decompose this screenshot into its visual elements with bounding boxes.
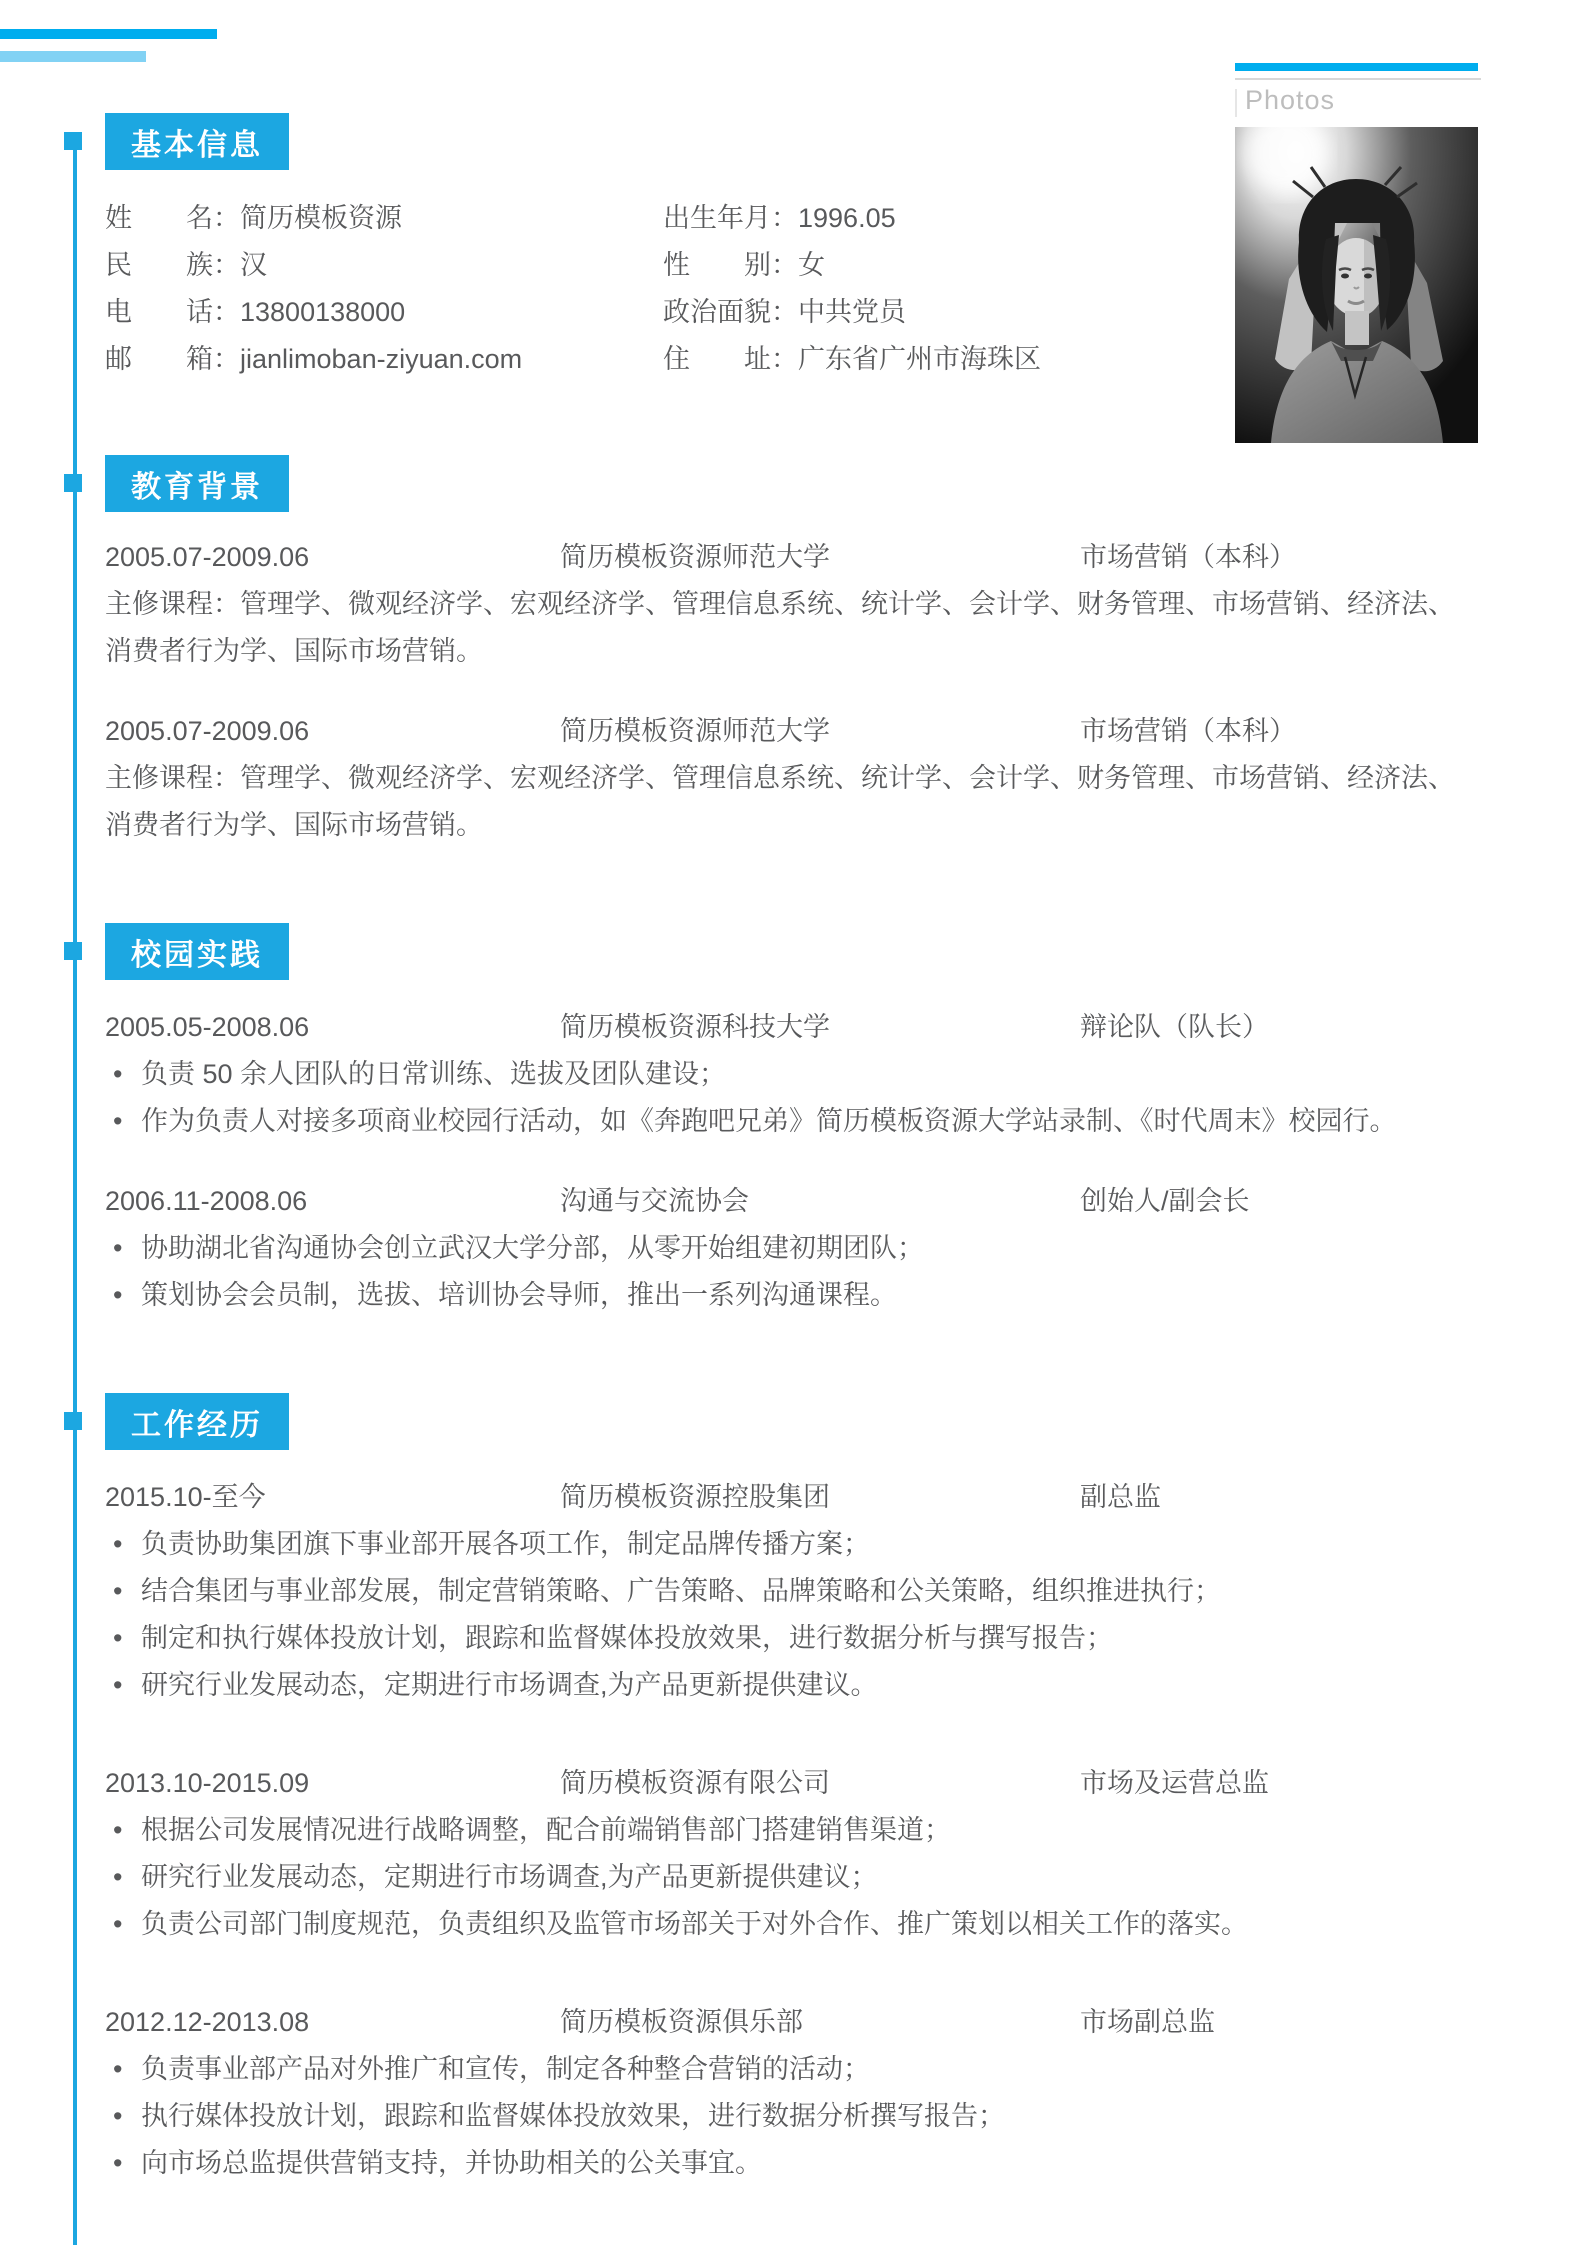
info-label: 性 别： [663,250,798,280]
info-row-gender: 性 别：女 [663,242,1497,289]
bullet-item: 执行媒体投放计划，跟踪和监督媒体投放效果，进行数据分析撰写报告； [105,2093,1497,2140]
entry-date: 2012.12-2013.08 [105,1999,560,2046]
entry-date: 2013.10-2015.09 [105,1760,560,1807]
section-education: 教育背景 2005.07-2009.06 简历模板资源师范大学 市场营销（本科）… [105,455,1497,849]
info-label: 住 址： [663,344,798,374]
bullet-item: 负责事业部产品对外推广和宣传，制定各种整合营销的活动； [105,2046,1497,2093]
section-bullet-square [64,132,82,150]
entry-date: 2015.10-至今 [105,1474,560,1521]
bullet-item: 研究行业发展动态，定期进行市场调查,为产品更新提供建议。 [105,1662,1497,1709]
work-entry: 2015.10-至今 简历模板资源控股集团 副总监 负责协助集团旗下事业部开展各… [105,1474,1497,1709]
work-bullet-list: 根据公司发展情况进行战略调整，配合前端销售部门搭建销售渠道； 研究行业发展动态，… [105,1807,1497,1948]
top-accent-bar-primary [0,29,217,39]
entry-major: 市场营销（本科） [1080,534,1497,581]
info-label: 电 话： [105,297,240,327]
campus-bullet-list: 负责 50 余人团队的日常训练、选拔及团队建设； 作为负责人对接多项商业校园行活… [105,1051,1497,1145]
section-bullet-square [64,942,82,960]
campus-entry: 2006.11-2008.06 沟通与交流协会 创始人/副会长 协助湖北省沟通协… [105,1178,1497,1319]
info-value: 中共党员 [798,297,906,327]
section-basic-info: 基本信息 姓 名：简历模板资源 民 族：汉 电 话：13800138000 邮 … [105,113,1497,383]
section-work-experience: 工作经历 2015.10-至今 简历模板资源控股集团 副总监 负责协助集团旗下事… [105,1393,1497,2187]
entry-date: 2005.07-2009.06 [105,534,560,581]
info-label: 邮 箱： [105,344,240,374]
entry-role: 创始人/副会长 [1080,1178,1497,1225]
entry-organization: 沟通与交流协会 [560,1178,1080,1225]
info-value: 汉 [240,250,267,280]
photo-label: Photos [1245,85,1335,116]
entry-major: 市场营销（本科） [1080,708,1497,755]
bullet-item: 协助湖北省沟通协会创立武汉大学分部，从零开始组建初期团队； [105,1225,1497,1272]
section-header: 校园实践 [105,923,289,980]
education-entry-row: 2005.07-2009.06 简历模板资源师范大学 市场营销（本科） [105,534,1497,581]
campus-bullet-list: 协助湖北省沟通协会创立武汉大学分部，从零开始组建初期团队； 策划协会会员制，选拔… [105,1225,1497,1319]
entry-company: 简历模板资源俱乐部 [560,1999,1080,2046]
campus-entry-row: 2006.11-2008.06 沟通与交流协会 创始人/副会长 [105,1178,1497,1225]
work-entry-row: 2015.10-至今 简历模板资源控股集团 副总监 [105,1474,1497,1521]
info-value: 1996.05 [798,203,896,233]
work-entry: 2012.12-2013.08 简历模板资源俱乐部 市场副总监 负责事业部产品对… [105,1999,1497,2187]
bullet-item: 作为负责人对接多项商业校园行活动，如《奔跑吧兄弟》简历模板资源大学站录制、《时代… [105,1098,1497,1145]
entry-role: 市场副总监 [1080,1999,1497,2046]
education-entry-row: 2005.07-2009.06 简历模板资源师范大学 市场营销（本科） [105,708,1497,755]
entry-role: 副总监 [1080,1474,1497,1521]
info-row-birth: 出生年月：1996.05 [663,195,1497,242]
info-label: 政治面貌： [663,297,798,327]
info-row-email: 邮 箱：jianlimoban-ziyuan.com [105,336,663,383]
bullet-item: 结合集团与事业部发展，制定营销策略、广告策略、品牌策略和公关策略，组织推进执行； [105,1568,1497,1615]
section-header: 基本信息 [105,113,289,170]
entry-school: 简历模板资源师范大学 [560,534,1080,581]
resume-page: Photos [0,0,1587,2245]
work-bullet-list: 负责事业部产品对外推广和宣传，制定各种整合营销的活动； 执行媒体投放计划，跟踪和… [105,2046,1497,2187]
bullet-item: 负责协助集团旗下事业部开展各项工作，制定品牌传播方案； [105,1521,1497,1568]
section-campus-practice: 校园实践 2005.05-2008.06 简历模板资源科技大学 辩论队（队长） … [105,923,1497,1319]
entry-date: 2006.11-2008.06 [105,1178,560,1225]
info-value: 广东省广州市海珠区 [798,344,1041,374]
section-title: 工作经历 [131,1400,263,1444]
entry-date: 2005.05-2008.06 [105,1004,560,1051]
bullet-item: 根据公司发展情况进行战略调整，配合前端销售部门搭建销售渠道； [105,1807,1497,1854]
entry-role: 辩论队（队长） [1080,1004,1497,1051]
entry-company: 简历模板资源有限公司 [560,1760,1080,1807]
education-entry: 2005.07-2009.06 简历模板资源师范大学 市场营销（本科） 主修课程… [105,534,1497,675]
info-label: 姓 名： [105,203,240,233]
entry-company: 简历模板资源控股集团 [560,1474,1080,1521]
campus-entry-row: 2005.05-2008.06 简历模板资源科技大学 辩论队（队长） [105,1004,1497,1051]
info-value: 13800138000 [240,297,405,327]
info-row-phone: 电 话：13800138000 [105,289,663,336]
bullet-item: 策划协会会员制，选拔、培训协会导师，推出一系列沟通课程。 [105,1272,1497,1319]
work-bullet-list: 负责协助集团旗下事业部开展各项工作，制定品牌传播方案； 结合集团与事业部发展，制… [105,1521,1497,1709]
section-title: 基本信息 [131,120,263,164]
info-row-name: 姓 名：简历模板资源 [105,195,663,242]
entry-school: 简历模板资源师范大学 [560,708,1080,755]
basic-info-right-column: 出生年月：1996.05 性 别：女 政治面貌：中共党员 住 址：广东省广州市海… [663,195,1497,383]
bullet-item: 负责公司部门制度规范，负责组织及监管市场部关于对外合作、推广策划以相关工作的落实… [105,1901,1497,1948]
entry-courses: 主修课程：管理学、微观经济学、宏观经济学、管理信息系统、统计学、会计学、财务管理… [105,755,1470,849]
work-entry: 2013.10-2015.09 简历模板资源有限公司 市场及运营总监 根据公司发… [105,1760,1497,1948]
work-entry-row: 2013.10-2015.09 简历模板资源有限公司 市场及运营总监 [105,1760,1497,1807]
info-row-ethnicity: 民 族：汉 [105,242,663,289]
info-row-address: 住 址：广东省广州市海珠区 [663,336,1497,383]
section-title: 校园实践 [131,930,263,974]
section-title: 教育背景 [131,462,263,506]
work-entry-row: 2012.12-2013.08 简历模板资源俱乐部 市场副总监 [105,1999,1497,2046]
timeline-vertical-line [73,139,77,2245]
section-bullet-square [64,474,82,492]
section-header: 教育背景 [105,455,289,512]
bullet-item: 负责 50 余人团队的日常训练、选拔及团队建设； [105,1051,1497,1098]
info-row-political-status: 政治面貌：中共党员 [663,289,1497,336]
photo-accent-bar [1235,63,1478,71]
entry-organization: 简历模板资源科技大学 [560,1004,1080,1051]
photo-divider-rule [1235,78,1481,80]
section-bullet-square [64,1412,82,1430]
bullet-item: 向市场总监提供营销支持，并协助相关的公关事宜。 [105,2140,1497,2187]
bullet-item: 制定和执行媒体投放计划，跟踪和监督媒体投放效果，进行数据分析与撰写报告； [105,1615,1497,1662]
entry-role: 市场及运营总监 [1080,1760,1497,1807]
info-value: jianlimoban-ziyuan.com [240,344,522,374]
campus-entry: 2005.05-2008.06 简历模板资源科技大学 辩论队（队长） 负责 50… [105,1004,1497,1145]
section-header: 工作经历 [105,1393,289,1450]
entry-courses: 主修课程：管理学、微观经济学、宏观经济学、管理信息系统、统计学、会计学、财务管理… [105,581,1470,675]
entry-date: 2005.07-2009.06 [105,708,560,755]
basic-info-grid: 姓 名：简历模板资源 民 族：汉 电 话：13800138000 邮 箱：jia… [105,195,1497,383]
info-value: 简历模板资源 [240,203,402,233]
info-label: 民 族： [105,250,240,280]
info-label: 出生年月： [663,203,798,233]
education-entry: 2005.07-2009.06 简历模板资源师范大学 市场营销（本科） 主修课程… [105,708,1497,849]
basic-info-left-column: 姓 名：简历模板资源 民 族：汉 电 话：13800138000 邮 箱：jia… [105,195,663,383]
top-accent-bar-secondary [0,51,146,62]
info-value: 女 [798,250,825,280]
bullet-item: 研究行业发展动态，定期进行市场调查,为产品更新提供建议； [105,1854,1497,1901]
